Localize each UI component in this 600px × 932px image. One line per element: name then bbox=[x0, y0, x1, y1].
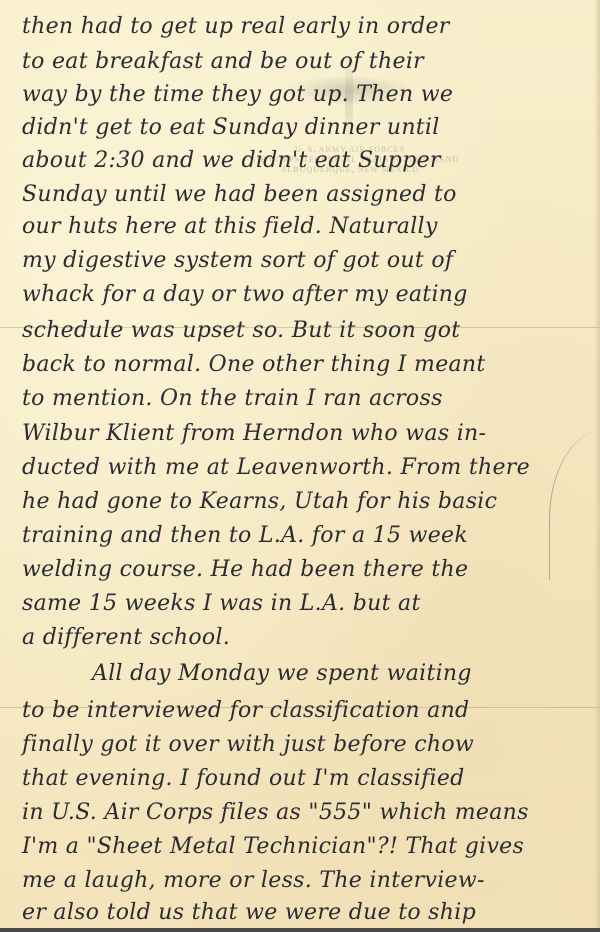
text-line: way by the time they got up. Then we bbox=[22, 82, 453, 107]
text-line: our huts here at this field. Naturally bbox=[22, 214, 438, 239]
text-line: a different school. bbox=[22, 625, 230, 650]
text-line: in U.S. Air Corps files as "555" which m… bbox=[22, 800, 529, 825]
text-line: didn't get to eat Sunday dinner until bbox=[22, 115, 440, 140]
text-line: Sunday until we had been assigned to bbox=[22, 182, 457, 207]
text-line: that evening. I found out I'm classified bbox=[22, 766, 465, 791]
text-line: er also told us that we were due to ship bbox=[22, 900, 476, 925]
text-line: schedule was upset so. But it soon got bbox=[22, 318, 460, 343]
text-line: same 15 weeks I was in L.A. but at bbox=[22, 591, 421, 616]
letter-page: U. S. ARMY AIR FORCES AIR CORPS TECHNICA… bbox=[0, 0, 600, 932]
text-line: training and then to L.A. for a 15 week bbox=[22, 523, 468, 548]
text-line: to mention. On the train I ran across bbox=[22, 386, 443, 411]
text-line: me a laugh, more or less. The interview- bbox=[22, 868, 485, 893]
paper-edge bbox=[594, 0, 600, 932]
text-line: about 2:30 and we didn't eat Supper bbox=[22, 148, 441, 173]
paragraph-start-line: All day Monday we spent waiting bbox=[92, 661, 472, 686]
text-line: finally got it over with just before cho… bbox=[22, 732, 474, 757]
text-line: then had to get up real early in order bbox=[22, 14, 450, 39]
text-line: ducted with me at Leavenworth. From ther… bbox=[22, 455, 530, 480]
text-line: welding course. He had been there the bbox=[22, 557, 468, 582]
text-line: he had gone to Kearns, Utah for his basi… bbox=[22, 489, 497, 514]
text-line: back to normal. One other thing I meant bbox=[22, 352, 486, 377]
text-line: to be interviewed for classification and bbox=[22, 698, 469, 723]
text-line: to eat breakfast and be out of their bbox=[22, 49, 424, 74]
text-line: I'm a "Sheet Metal Technician"?! That gi… bbox=[22, 834, 524, 859]
paper-curve-mark bbox=[549, 430, 600, 580]
text-line: my digestive system sort of got out of bbox=[22, 248, 453, 273]
scan-bottom-border bbox=[0, 928, 600, 932]
text-line: whack for a day or two after my eating bbox=[22, 282, 468, 307]
text-line: Wilbur Klient from Herndon who was in- bbox=[22, 421, 486, 446]
